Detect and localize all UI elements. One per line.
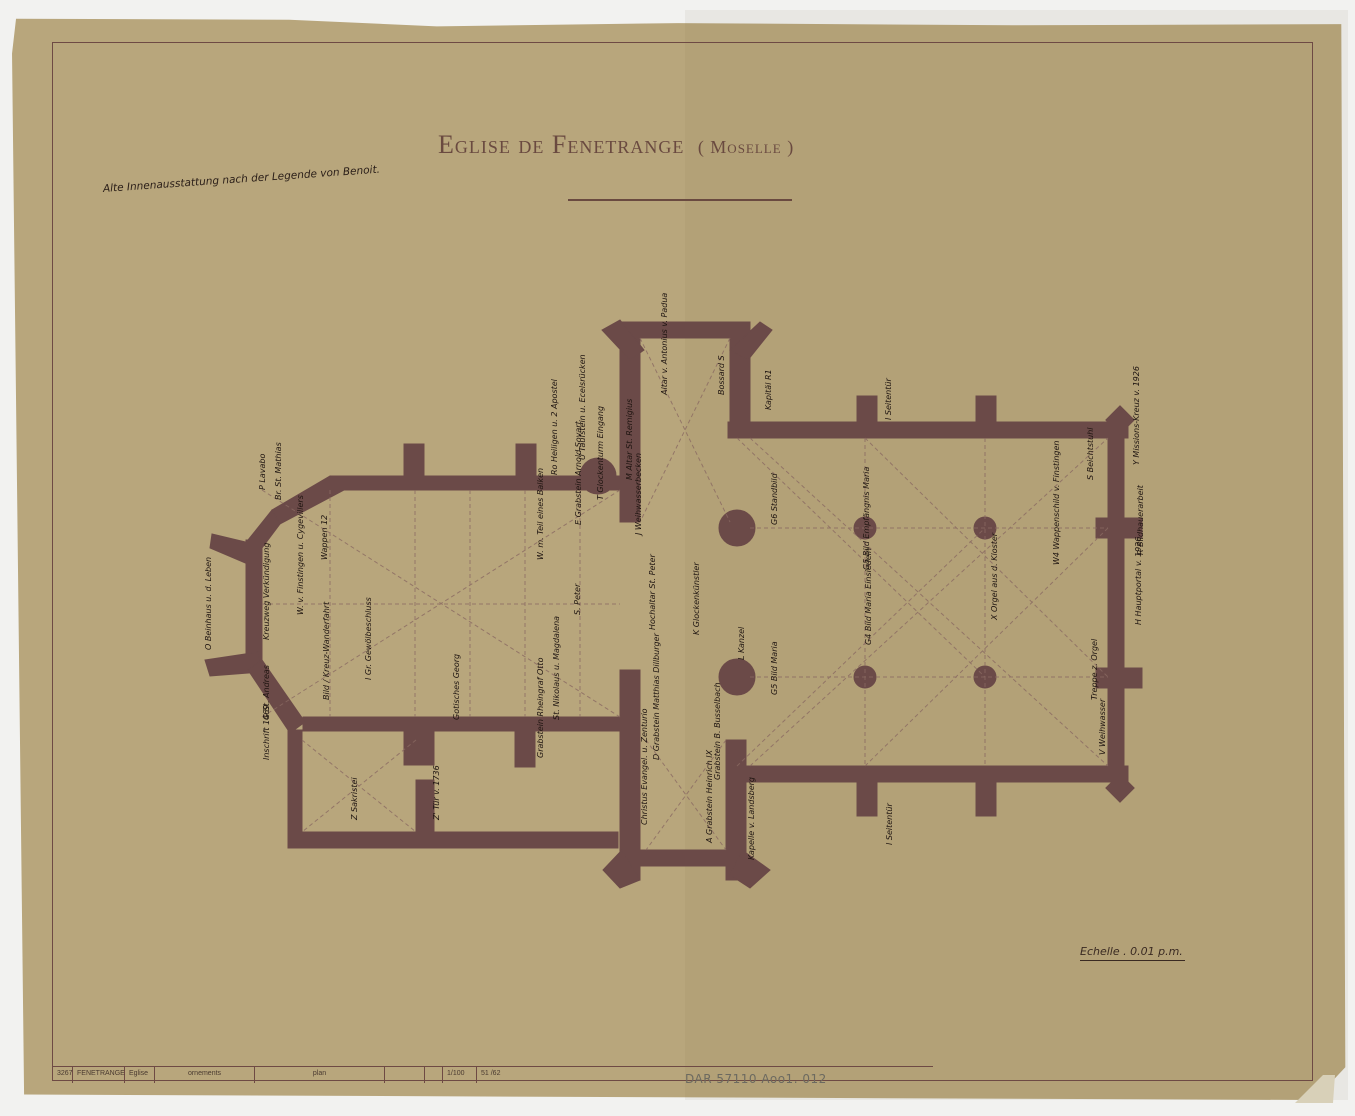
plan-label-wappen-12: Wappen 12 xyxy=(320,515,329,560)
scale-label: Echelle . 0.01 p.m. xyxy=(1080,945,1185,961)
plan-label-kreuzweg: Kreuzweg Verkündigung xyxy=(262,543,271,640)
plan-label-grabstein-heinrich: A Grabstein Heinrich IX xyxy=(705,750,714,843)
title-block-scale: 1/100 xyxy=(443,1067,477,1083)
plan-label-gotisch: Gotisches Georg xyxy=(452,654,461,720)
plan-label-nikolaus: St. Nikolaus u. Magdalena xyxy=(552,616,561,720)
title-block-empty-1 xyxy=(385,1067,425,1083)
plan-label-altar-st-remigius: M Altar St. Remigius xyxy=(625,399,634,480)
plan-label-inschrift: Inschrift 1469 xyxy=(262,705,271,760)
title-block-number: 3267 xyxy=(53,1067,73,1083)
plan-label-turm-1736: Z' Tür v. 1736 xyxy=(432,765,441,820)
plan-label-bild-kreuz: Bild / Kreuz-Wanderfahrt xyxy=(322,602,331,700)
plan-label-gs-bild: G5 Bild Maria xyxy=(770,641,779,695)
plan-label-seitentür-s: I Seitentür xyxy=(885,803,894,845)
plan-label-beinhaus: O Beinhaus u. d. Leben xyxy=(204,557,213,650)
title-block-place: FENETRANGE xyxy=(73,1067,125,1083)
plan-label-glockenturm: T Glockenturm Eingang xyxy=(596,406,605,500)
plan-label-grabstein-otto: Grabstein Rheingraf Otto xyxy=(536,658,545,758)
plan-label-weihwasser: J Weihwasserbecken xyxy=(634,453,643,535)
plan-label-g6-standbild: G6 Standbild xyxy=(770,473,779,525)
plan-label-taufstein: U Taufstein u. Ecelsrücken xyxy=(578,354,587,460)
plan-label-empfängnis: G5 Bild Empfängnis Maria xyxy=(862,467,871,570)
plan-label-grabstein-busselbach: Grabstein B. Busselbach xyxy=(713,682,722,780)
plan-label-christus: Christus Evangel. u. Zenturio xyxy=(640,708,649,825)
plan-label-glockenkünstler: K Glockenkünstler xyxy=(692,562,701,635)
plan-label-altar-antonius: Altar v. Antonius v. Padua xyxy=(660,293,669,395)
plan-label-grabstein-matthias: D Grabstein Matthias Dillburger xyxy=(652,633,661,760)
title-block-type: plan xyxy=(255,1067,385,1083)
plan-label-missions-kreuz: Y Missions-Kreuz v. 1926 xyxy=(1132,366,1141,465)
archive-stamp: DAR 57110 Aoo1. 012 xyxy=(685,1072,827,1086)
plan-label-st-mathias: Br. St. Mathias xyxy=(274,442,283,500)
title-block-subject: ornements xyxy=(155,1067,255,1083)
plan-label-peter: S. Peter xyxy=(573,584,582,615)
plan-label-wappenschild-fenetrange: W. v. Finstingen u. Cygevillers xyxy=(296,495,305,615)
plan-label-bossard: Bossard S xyxy=(717,355,726,395)
plan-label-seitentür-n: I Seitentür xyxy=(884,378,893,420)
plan-label-gewölbe-schluss: I Gr. Gewölbeschluss xyxy=(364,597,373,680)
plan-label-kapitäl: Kapitäl R1 xyxy=(764,369,773,410)
title-block-empty-2 xyxy=(425,1067,443,1083)
plan-label-hauptportal: H Hauptportal v. 1926 xyxy=(1134,537,1143,625)
plan-label-sakristei: Z Sakristei xyxy=(350,777,359,820)
title-block-sheet: 51 /62 xyxy=(477,1067,511,1083)
plan-label-wappenschild-fenest: W4 Wappenschild v. Finstingen xyxy=(1052,441,1061,566)
plan-label-heiligen: Ro Heiligen u. 2 Apostel xyxy=(550,379,559,475)
plan-label-orgel: X Orgel aus d. Kloster xyxy=(990,533,999,620)
title-block-building: Eglise xyxy=(125,1067,155,1083)
plan-label-lavabo: P Lavabo xyxy=(258,454,267,490)
plan-label-kanzel: L Kanzel xyxy=(737,627,746,660)
plan-label-kapelle-landsberg: Kapelle v. Landsberg xyxy=(747,777,756,860)
plan-label-treppe-orgel: Treppe z. Orgel xyxy=(1090,639,1099,700)
plan-label-beichtstuhl: S Beichtstuhl xyxy=(1086,427,1095,480)
plan-label-hochaltar: Hochaltar St. Peter xyxy=(648,554,657,630)
plan-label-gewölbe-st-gewölbe: W. m. Teil eines Balken xyxy=(536,468,545,560)
plan-label-weihwasser-v: V Weihwasser xyxy=(1098,699,1107,755)
